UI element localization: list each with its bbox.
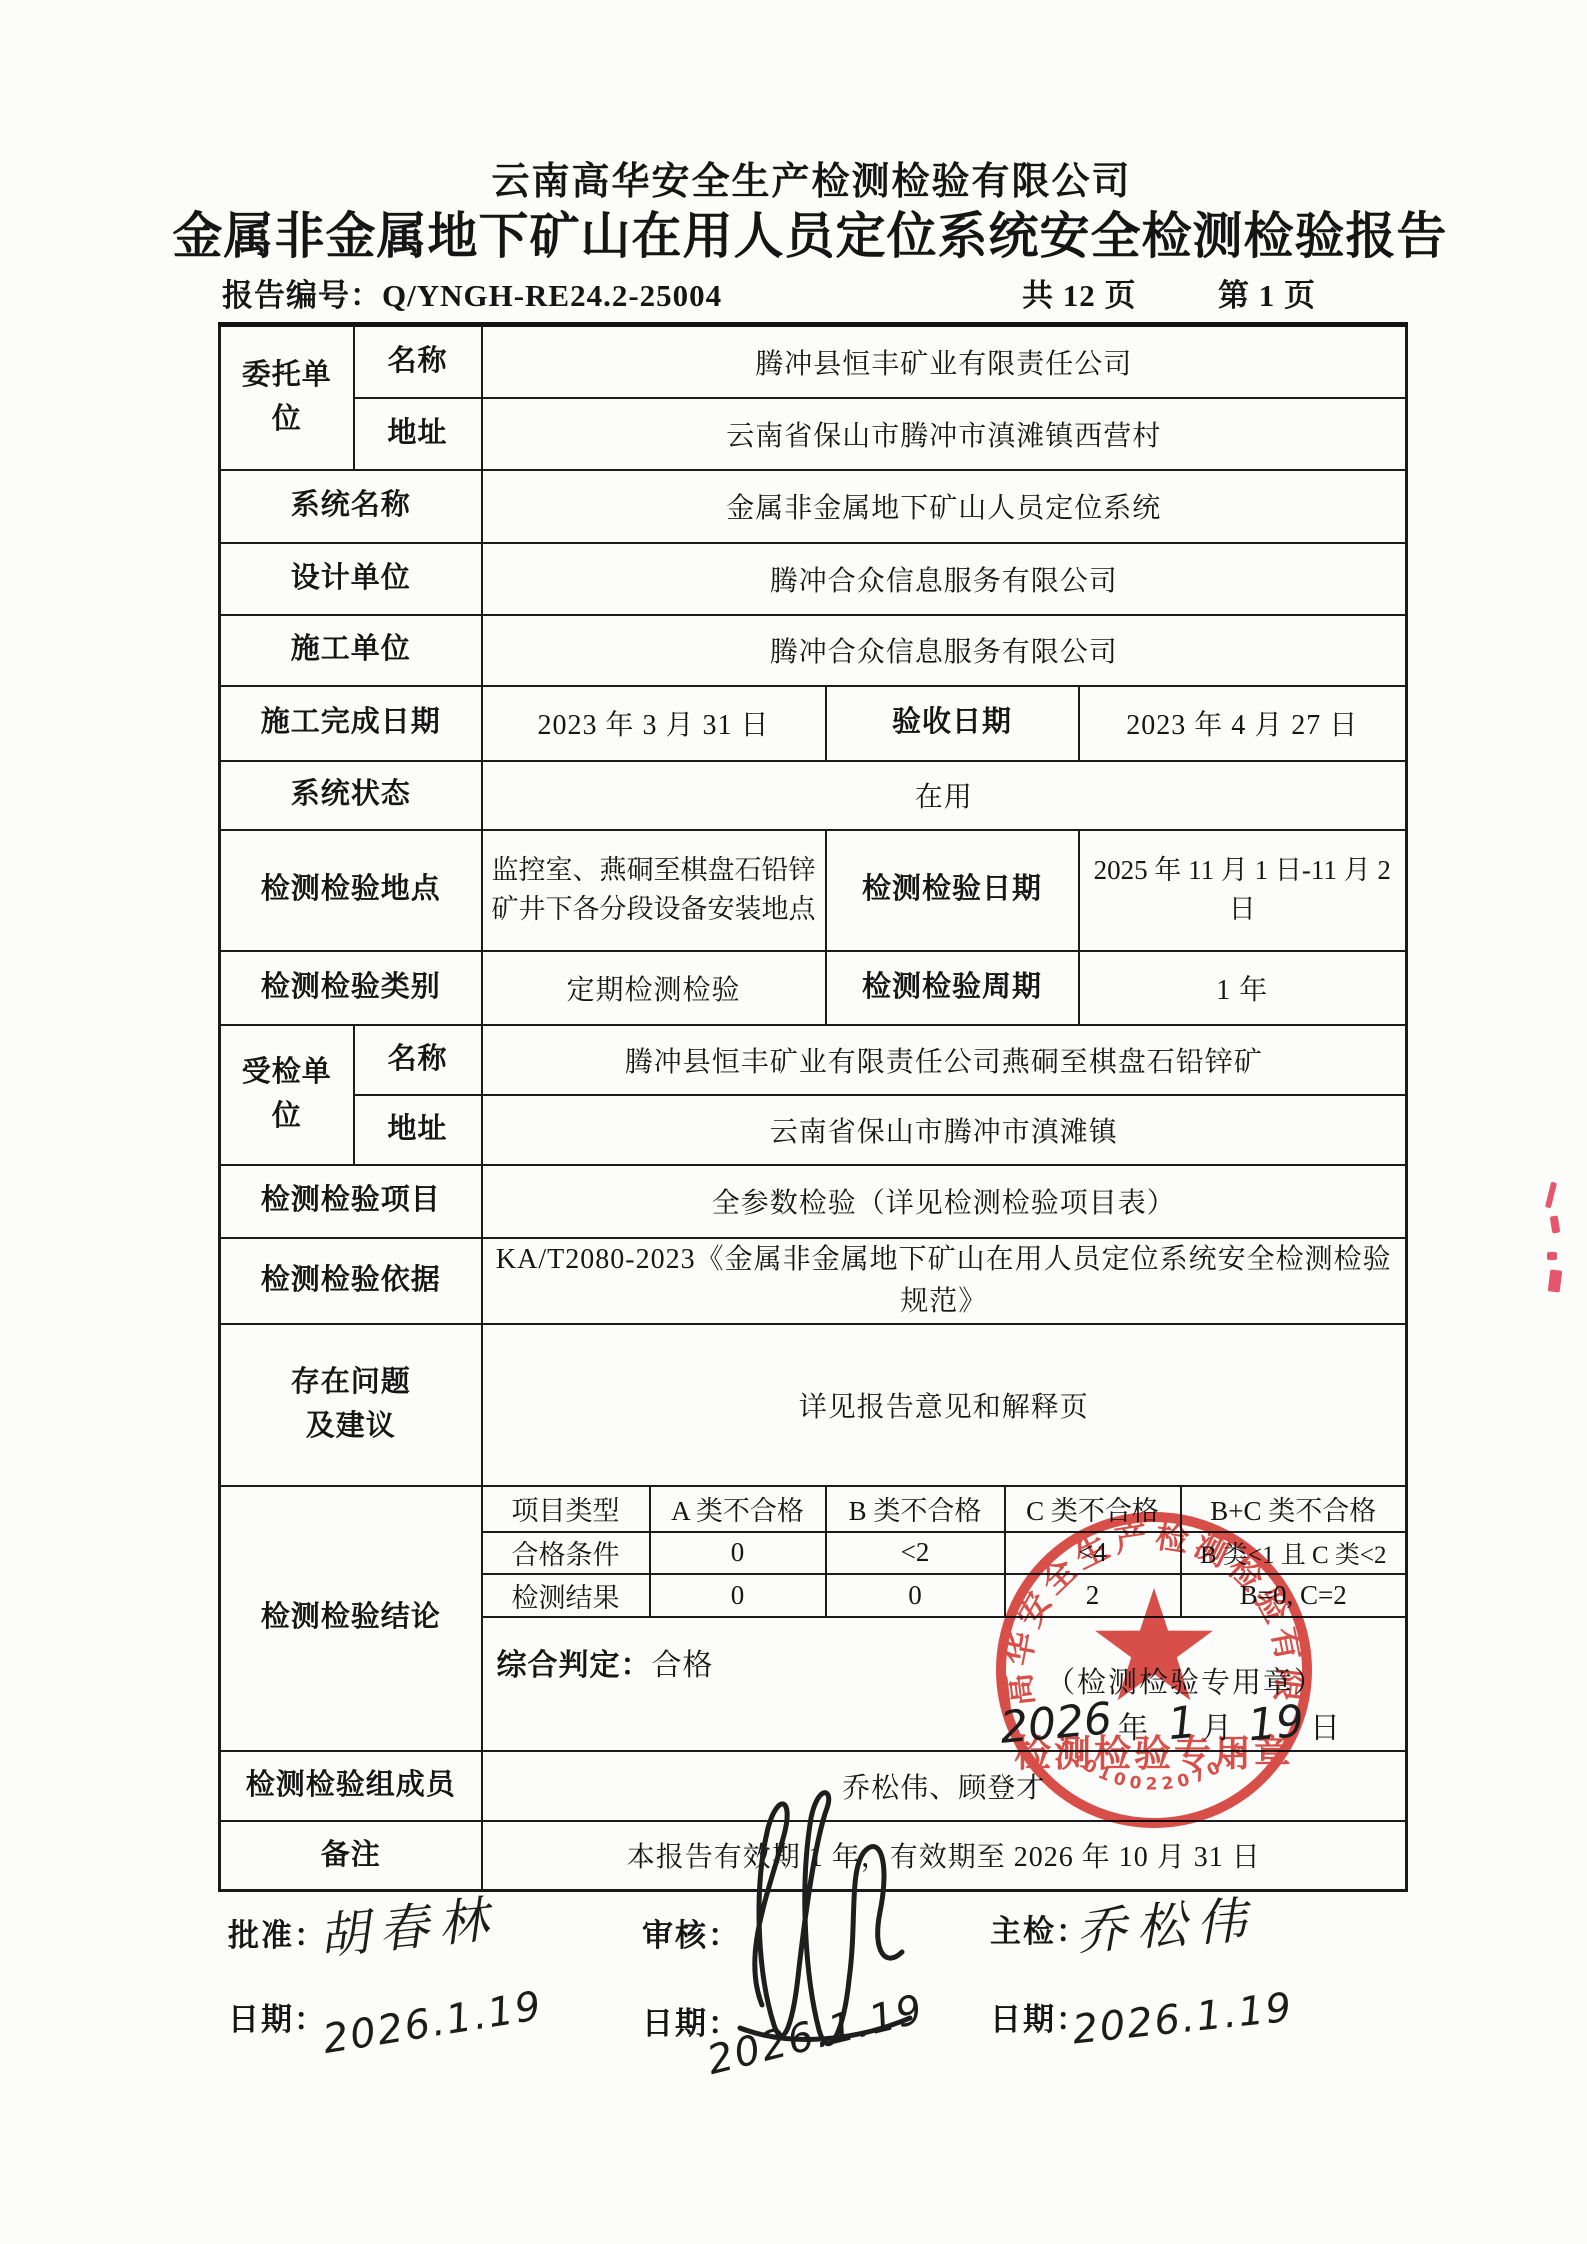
table-row: 系统名称 金属非金属地下矿山人员定位系统	[220, 470, 1407, 543]
chief-signature: 乔松伟	[1074, 1880, 1259, 1964]
table-row: 检测检验地点 监控室、燕硐至棋盘石铅锌矿井下各分段设备安装地点 检测检验日期 2…	[220, 830, 1407, 951]
inspected-name-value: 腾冲县恒丰矿业有限责任公司燕硐至棋盘石铅锌矿	[482, 1025, 1407, 1095]
build-unit-value: 腾冲合众信息服务有限公司	[482, 615, 1407, 686]
approve-date: 2026.1.19	[320, 1983, 546, 2063]
system-name-value: 金属非金属地下矿山人员定位系统	[482, 470, 1407, 543]
inspected-name-label: 名称	[354, 1025, 482, 1095]
place-value: 监控室、燕硐至棋盘石铅锌矿井下各分段设备安装地点	[482, 830, 826, 951]
client-name-label: 名称	[354, 325, 482, 398]
grid-header-b: B 类不合格	[826, 1486, 1005, 1532]
client-group-label: 委托单位	[220, 325, 354, 470]
report-page: 云南高华安全生产检测检验有限公司 金属非金属地下矿山在用人员定位系统安全检测检验…	[0, 0, 1587, 2244]
client-addr-label: 地址	[354, 398, 482, 470]
cycle-value: 1 年	[1079, 951, 1407, 1025]
red-bleed-mark	[1550, 1215, 1561, 1233]
inspect-date-value: 2025 年 11 月 1 日-11 月 2 日	[1079, 830, 1407, 951]
inspected-addr-value: 云南省保山市腾冲市滇滩镇	[482, 1095, 1407, 1165]
status-label: 系统状态	[220, 761, 482, 830]
report-no-value: Q/YNGH-RE24.2-25004	[382, 278, 722, 313]
approve-label: 批准：	[228, 1910, 327, 1955]
table-row: 存在问题 及建议 详见报告意见和解释页	[220, 1324, 1407, 1486]
member-label: 检测检验组成员	[220, 1751, 482, 1821]
table-row: 地址 云南省保山市腾冲市滇滩镇	[220, 1095, 1407, 1165]
result-a: 0	[650, 1574, 826, 1617]
table-row: 受检单位 名称 腾冲县恒丰矿业有限责任公司燕硐至棋盘石铅锌矿	[220, 1025, 1407, 1095]
result-row-label: 检测结果	[482, 1574, 650, 1617]
design-unit-label: 设计单位	[220, 543, 482, 615]
accept-date-value: 2023 年 4 月 27 日	[1079, 686, 1407, 761]
red-bleed-mark	[1545, 1182, 1557, 1209]
place-label: 检测检验地点	[220, 830, 482, 951]
basis-value: KA/T2080-2023《金属非金属地下矿山在用人员定位系统安全检测检验规范》	[482, 1238, 1407, 1324]
seal-date-year-unit: 年	[1118, 1712, 1148, 1745]
current-page: 第 1 页	[1218, 270, 1316, 315]
report-title: 金属非金属地下矿山在用人员定位系统安全检测检验报告	[120, 196, 1500, 268]
cycle-label: 检测检验周期	[826, 951, 1079, 1025]
items-label: 检测检验项目	[220, 1165, 482, 1238]
pass-b: <2	[826, 1532, 1005, 1574]
red-bleed-mark	[1548, 1269, 1563, 1292]
report-no: 报告编号：Q/YNGH-RE24.2-25004	[222, 270, 722, 315]
seal-date-day-unit: 日	[1310, 1712, 1340, 1745]
conclusion-label: 检测检验结论	[220, 1486, 482, 1751]
inspected-addr-label: 地址	[354, 1095, 482, 1165]
approve-date-label: 日期：	[228, 1994, 327, 2039]
type-value: 定期检测检验	[482, 951, 826, 1025]
seal-date-line: 2026年1月19日	[1000, 1698, 1346, 1749]
verdict-label: 综合判定：	[497, 1649, 652, 1682]
report-no-label: 报告编号：	[222, 278, 382, 313]
table-row: 地址 云南省保山市腾冲市滇滩镇西营村	[220, 398, 1407, 470]
client-name-value: 腾冲县恒丰矿业有限责任公司	[482, 325, 1407, 398]
table-row: 施工完成日期 2023 年 3 月 31 日 验收日期 2023 年 4 月 2…	[220, 686, 1407, 761]
verdict-value: 合格	[652, 1649, 714, 1682]
status-value: 在用	[482, 761, 1407, 830]
remark-label: 备注	[220, 1821, 482, 1891]
grid-header-item-type: 项目类型	[482, 1486, 650, 1532]
complete-date-value: 2023 年 3 月 31 日	[482, 686, 826, 761]
seal-date-year: 2026	[998, 1693, 1114, 1754]
table-row: 设计单位 腾冲合众信息服务有限公司	[220, 543, 1407, 615]
table-row: 检测检验项目 全参数检验（详见检测检验项目表）	[220, 1165, 1407, 1238]
table-row: 检测检验依据 KA/T2080-2023《金属非金属地下矿山在用人员定位系统安全…	[220, 1238, 1407, 1324]
inspected-group-label: 受检单位	[220, 1025, 354, 1165]
system-name-label: 系统名称	[220, 470, 482, 543]
design-unit-value: 腾冲合众信息服务有限公司	[482, 543, 1407, 615]
seal-date-month: 1	[1166, 1697, 1198, 1750]
table-row: 系统状态 在用	[220, 761, 1407, 830]
accept-date-label: 验收日期	[826, 686, 1079, 761]
approve-signature: 胡春林	[315, 1879, 502, 1969]
table-row: 检测检验类别 定期检测检验 检测检验周期 1 年	[220, 951, 1407, 1025]
build-unit-label: 施工单位	[220, 615, 482, 686]
table-row: 施工单位 腾冲合众信息服务有限公司	[220, 615, 1407, 686]
type-label: 检测检验类别	[220, 951, 482, 1025]
problem-value: 详见报告意见和解释页	[482, 1324, 1407, 1486]
pass-a: 0	[650, 1532, 826, 1574]
basis-label: 检测检验依据	[220, 1238, 482, 1324]
seal-date-day: 19	[1246, 1696, 1306, 1752]
table-row: 委托单位 名称 腾冲县恒丰矿业有限责任公司	[220, 325, 1407, 398]
chief-date: 2026.1.19	[1070, 1985, 1295, 2054]
inspect-date-label: 检测检验日期	[826, 830, 1079, 951]
problem-label: 存在问题 及建议	[220, 1324, 482, 1486]
grid-header-a: A 类不合格	[650, 1486, 826, 1532]
complete-date-label: 施工完成日期	[220, 686, 482, 761]
items-value: 全参数检验（详见检测检验项目表）	[482, 1165, 1407, 1238]
problem-label-line1: 存在问题	[227, 1361, 475, 1405]
result-b: 0	[826, 1574, 1005, 1617]
client-addr-value: 云南省保山市腾冲市滇滩镇西营村	[482, 398, 1407, 470]
verdict-line: 综合判定：合格	[497, 1640, 714, 1684]
red-bleed-mark	[1547, 1252, 1557, 1260]
seal-date-month-unit: 月	[1202, 1712, 1232, 1745]
pass-row-label: 合格条件	[482, 1532, 650, 1574]
total-pages: 共 12 页	[1022, 270, 1137, 315]
problem-label-line2: 及建议	[227, 1405, 475, 1449]
